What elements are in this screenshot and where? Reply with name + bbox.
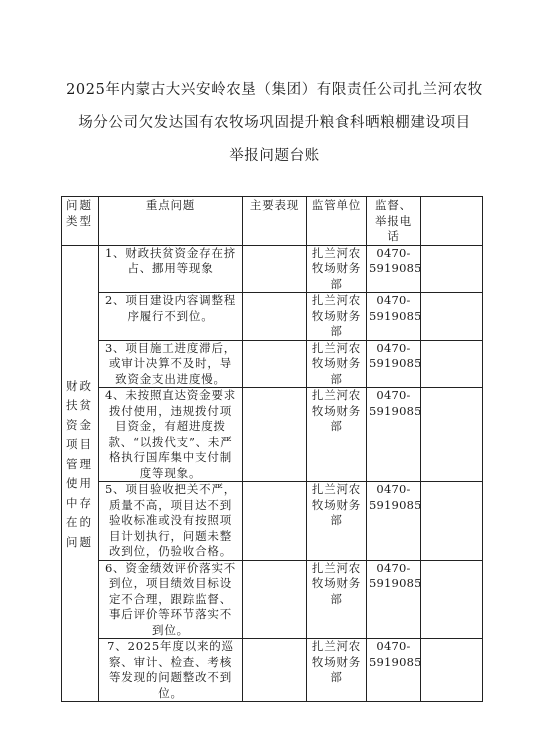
header-manifestation: 主要表现 — [243, 197, 307, 246]
extra-cell — [421, 639, 483, 702]
table-row: 6、资金绩效评价落实不到位，项目绩效目标设定不合理，跟踪监督、事后评价等环节落实… — [62, 560, 483, 639]
phone-cell: 0470-5919085 — [367, 245, 421, 293]
header-supervisor: 监管单位 — [307, 197, 367, 246]
header-key-issue: 重点问题 — [99, 197, 243, 246]
phone-cell: 0470-5919085 — [367, 639, 421, 702]
supervisor-cell: 扎兰河农牧场财务部 — [307, 293, 367, 341]
header-phone: 监督、举报电话 — [367, 197, 421, 246]
supervisor-cell: 扎兰河农牧场财务部 — [307, 639, 367, 702]
document-title-line-2: 场分公司欠发达国有农牧场巩固提升粮食科晒粮棚建设项目 — [0, 113, 549, 133]
phone-cell: 0470-5919085 — [367, 388, 421, 482]
table-row: 5、项目验收把关不严，质量不高，项目达不到验收标准或没有按照项目计划执行，问题未… — [62, 482, 483, 561]
header-issue-type: 问题类型 — [62, 197, 99, 246]
key-issue-cell: 3、项目施工进度滞后，或审计决算不及时，导致资金支出进度慢。 — [99, 340, 243, 388]
supervisor-cell: 扎兰河农牧场财务部 — [307, 388, 367, 482]
table-header-row: 问题类型 重点问题 主要表现 监管单位 监督、举报电话 — [62, 197, 483, 246]
table-row: 财政扶贫资金项目管理使用中存在的问题 1、财政扶贫资金存在挤占、挪用等现象 扎兰… — [62, 245, 483, 293]
table-row: 4、未按照直达资金要求拨付使用，违规拨付项目资金，有超进度拨款、“以拨代支”、未… — [62, 388, 483, 482]
extra-cell — [421, 293, 483, 341]
extra-cell — [421, 482, 483, 561]
phone-cell: 0470-5919085 — [367, 293, 421, 341]
manifestation-cell — [243, 245, 307, 293]
key-issue-cell: 6、资金绩效评价落实不到位，项目绩效目标设定不合理，跟踪监督、事后评价等环节落实… — [99, 560, 243, 639]
manifestation-cell — [243, 482, 307, 561]
key-issue-cell: 1、财政扶贫资金存在挤占、挪用等现象 — [99, 245, 243, 293]
issue-category-cell: 财政扶贫资金项目管理使用中存在的问题 — [62, 245, 99, 702]
supervisor-cell: 扎兰河农牧场财务部 — [307, 482, 367, 561]
extra-cell — [421, 340, 483, 388]
manifestation-cell — [243, 340, 307, 388]
extra-cell — [421, 560, 483, 639]
document-title-line-3: 举报问题台账 — [0, 146, 549, 166]
report-ledger-table: 问题类型 重点问题 主要表现 监管单位 监督、举报电话 财政扶贫资金项目管理使用… — [61, 196, 483, 702]
table-row: 3、项目施工进度滞后，或审计决算不及时，导致资金支出进度慢。 扎兰河农牧场财务部… — [62, 340, 483, 388]
key-issue-cell: 7、2025年度以来的巡察、审计、检查、考核等发现的问题整改不到位。 — [99, 639, 243, 702]
supervisor-cell: 扎兰河农牧场财务部 — [307, 245, 367, 293]
extra-cell — [421, 388, 483, 482]
manifestation-cell — [243, 293, 307, 341]
issue-category: 财政扶贫资金项目管理使用中存在的问题 — [66, 377, 94, 553]
supervisor-cell: 扎兰河农牧场财务部 — [307, 340, 367, 388]
key-issue-cell: 5、项目验收把关不严，质量不高，项目达不到验收标准或没有按照项目计划执行，问题未… — [99, 482, 243, 561]
manifestation-cell — [243, 388, 307, 482]
table-row: 2、项目建设内容调整程序履行不到位。 扎兰河农牧场财务部 0470-591908… — [62, 293, 483, 341]
phone-cell: 0470-5919085 — [367, 560, 421, 639]
supervisor-cell: 扎兰河农牧场财务部 — [307, 560, 367, 639]
phone-cell: 0470-5919085 — [367, 482, 421, 561]
key-issue-cell: 4、未按照直达资金要求拨付使用，违规拨付项目资金，有超进度拨款、“以拨代支”、未… — [99, 388, 243, 482]
manifestation-cell — [243, 639, 307, 702]
manifestation-cell — [243, 560, 307, 639]
header-extra — [421, 197, 483, 246]
key-issue-cell: 2、项目建设内容调整程序履行不到位。 — [99, 293, 243, 341]
table-row: 7、2025年度以来的巡察、审计、检查、考核等发现的问题整改不到位。 扎兰河农牧… — [62, 639, 483, 702]
document-title-line-1: 2025年内蒙古大兴安岭农垦（集团）有限责任公司扎兰河农牧 — [0, 80, 549, 100]
extra-cell — [421, 245, 483, 293]
phone-cell: 0470-5919085 — [367, 340, 421, 388]
